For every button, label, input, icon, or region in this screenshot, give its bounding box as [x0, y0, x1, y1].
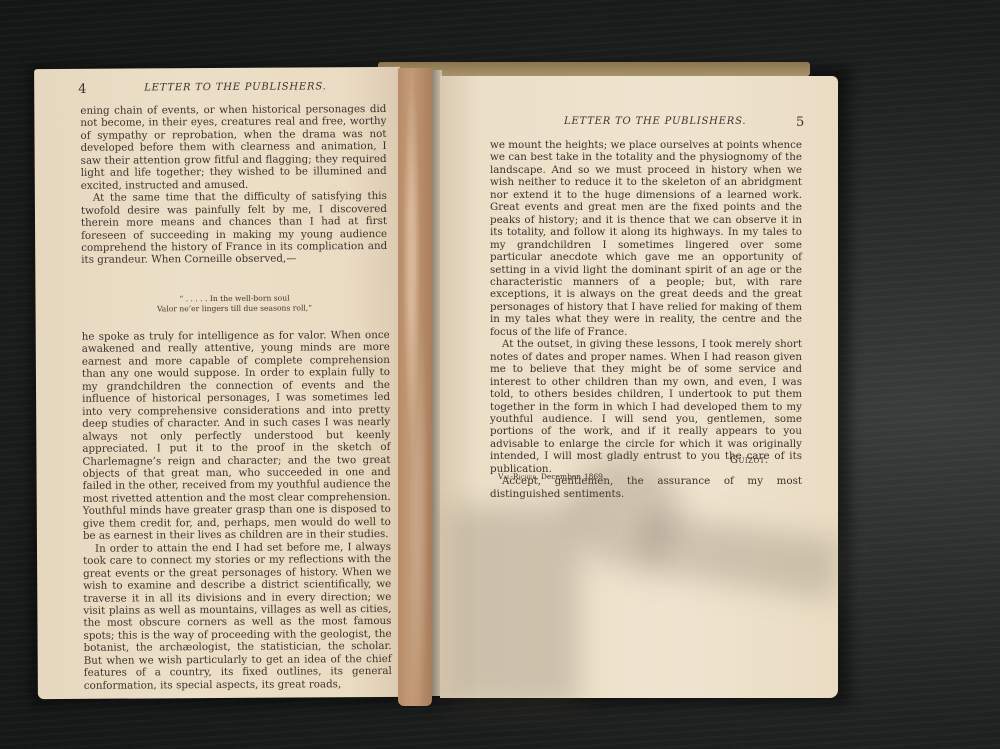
paragraph: he spoke as truly for intelligence as fo…: [82, 329, 391, 543]
right-running-head: LETTER TO THE PUBLISHERS.: [564, 116, 746, 127]
worn-spine-binding: [398, 68, 432, 706]
paragraph: ening chain of events, or when historica…: [80, 103, 387, 192]
signature: Guizot.: [730, 455, 769, 466]
right-page: LETTER TO THE PUBLISHERS. 5 we mount the…: [440, 76, 838, 698]
left-page-number: 4: [78, 82, 86, 97]
quote-line-2: Valor ne’er lingers till due seasons rol…: [82, 303, 388, 315]
left-text-top: ening chain of events, or when historica…: [80, 103, 387, 267]
hand-shadow: [450, 506, 580, 706]
left-text-bottom: he spoke as truly for intelligence as fo…: [82, 329, 392, 692]
paragraph: we mount the heights; we place ourselves…: [490, 139, 802, 338]
paragraph: In order to attain the end I had set bef…: [83, 541, 392, 692]
verse-quote: “ . . . . . In the well-born soul Valor …: [81, 293, 387, 315]
right-page-number: 5: [796, 115, 804, 130]
hand-shadow: [637, 512, 843, 599]
left-page: 4 LETTER TO THE PUBLISHERS. ening chain …: [34, 67, 404, 699]
letter-date: , December, 1869.: [536, 472, 605, 481]
place-date-line: Val-Richer, December, 1869.: [498, 472, 605, 481]
left-running-head: LETTER TO THE PUBLISHERS.: [144, 81, 326, 93]
place-name: Val-Richer: [498, 472, 536, 481]
book-cover-top-edge: [378, 62, 810, 76]
right-text: we mount the heights; we place ourselves…: [490, 139, 802, 500]
paragraph: At the same time that the difficulty of …: [81, 190, 387, 267]
